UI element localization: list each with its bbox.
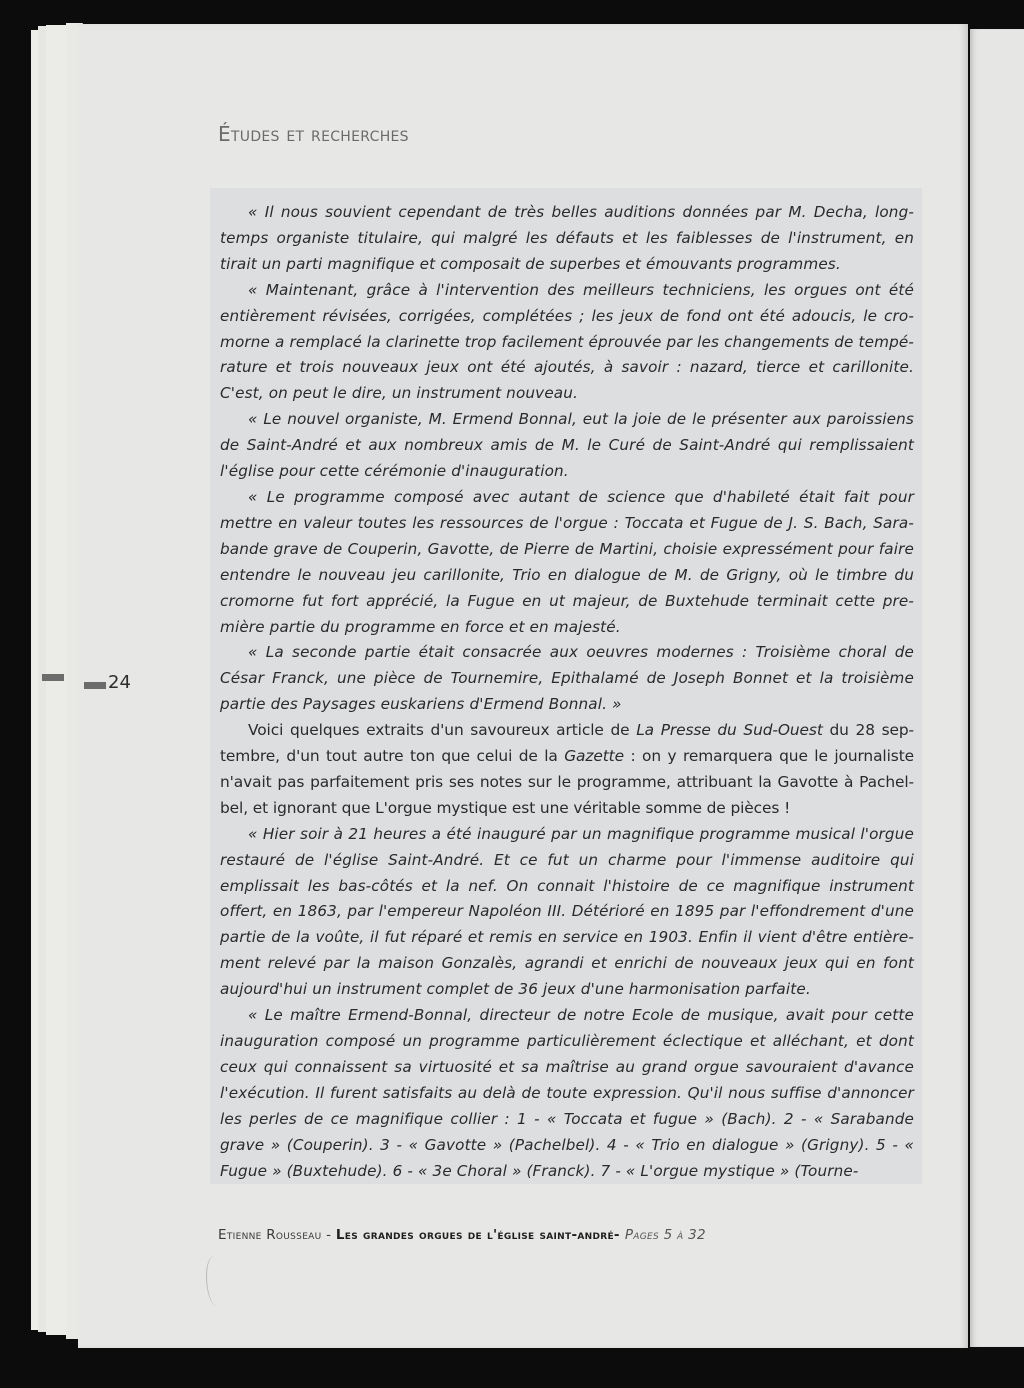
page-number: 24	[108, 672, 131, 693]
footer-pages: Pages 5 à 32	[625, 1227, 706, 1243]
facing-page-edge	[970, 29, 1024, 1347]
body-paragraph: Voici quelques extraits d'un savoureux a…	[220, 718, 914, 822]
quote-paragraph: « Maintenant, grâce à l'intervention des…	[220, 278, 914, 408]
thumb-tab-marker	[42, 674, 64, 681]
quote-paragraph: « Hier soir à 21 heures a été inauguré p…	[220, 822, 914, 1003]
footer-title: Les grandes orgues de l'église saint-and…	[336, 1227, 614, 1243]
footer-separator: -	[322, 1227, 336, 1243]
quote-paragraph: « Le nouvel organiste, M. Ermend Bonnal,…	[220, 407, 914, 485]
running-footer: Etienne Rousseau - Les grandes orgues de…	[218, 1227, 706, 1243]
newspaper-title: Gazette	[564, 747, 624, 765]
thumb-tab-marker	[84, 682, 106, 689]
quote-paragraph: « Le programme composé avec autant de sc…	[220, 485, 914, 640]
quote-paragraph: « La seconde partie était consacrée aux …	[220, 640, 914, 718]
newspaper-title: La Presse du Sud-Ouest	[636, 721, 823, 739]
section-title: Études et recherches	[218, 122, 409, 146]
body-text: Voici quelques extraits d'un savoureux a…	[248, 721, 636, 739]
article-body: « Il nous souvient cependant de très bel…	[210, 188, 922, 1184]
quote-paragraph: « Le maître Ermend-Bonnal, directeur de …	[220, 1003, 914, 1184]
footer-author: Etienne Rousseau	[218, 1227, 322, 1243]
quote-paragraph: « Il nous souvient cependant de très bel…	[220, 200, 914, 278]
footer-separator: -	[614, 1227, 625, 1243]
